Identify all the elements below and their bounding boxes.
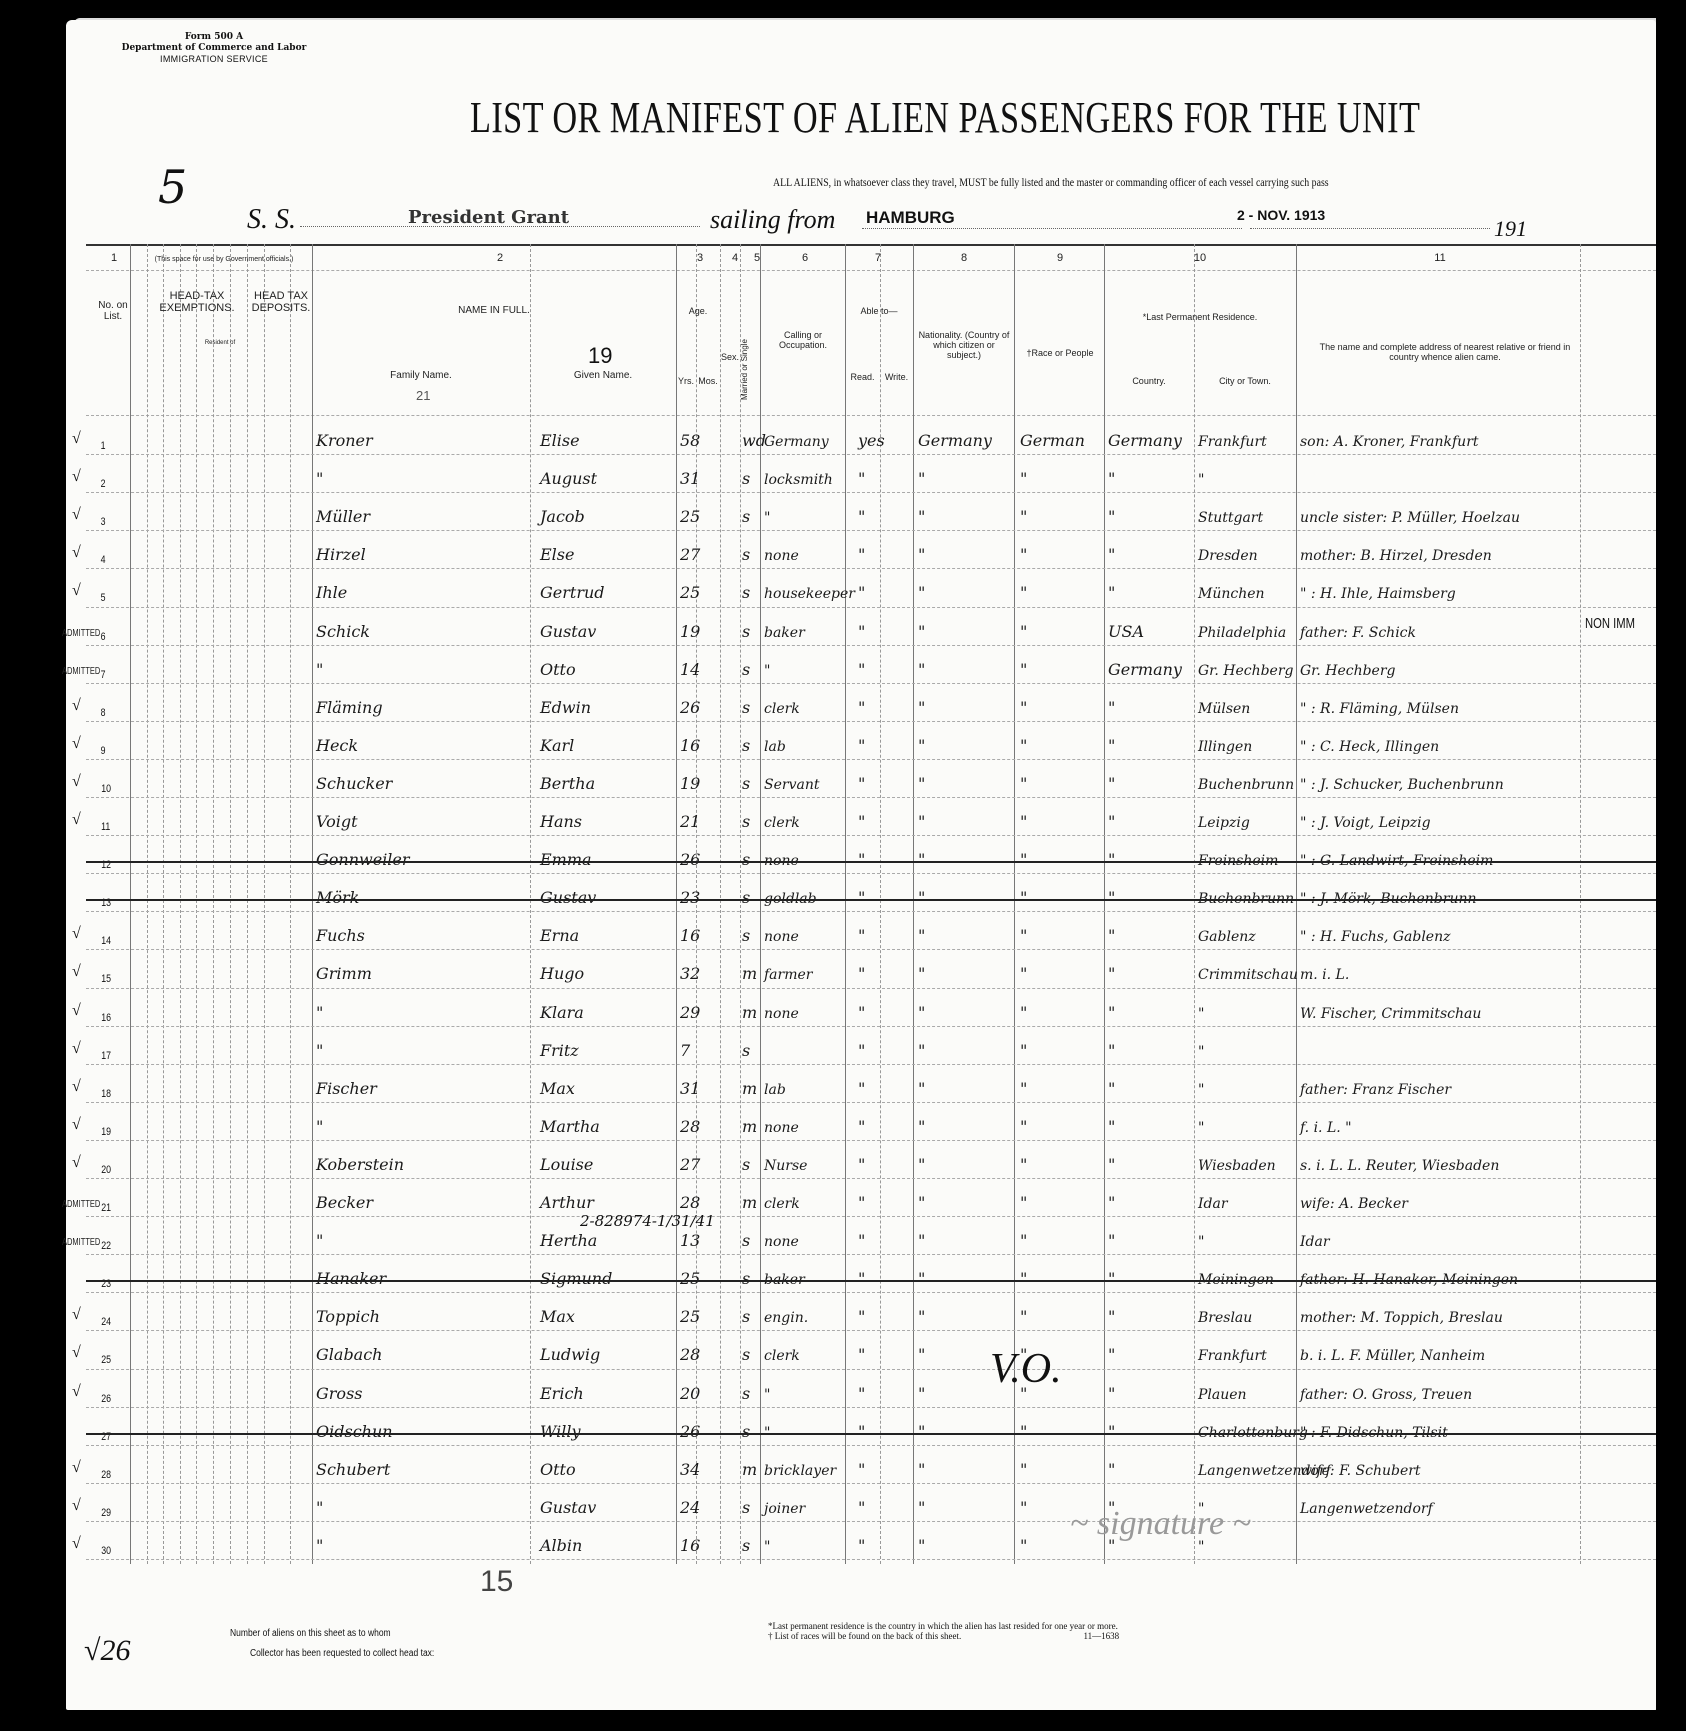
family-name: Fuchs	[316, 926, 365, 945]
row-number: 9	[101, 745, 106, 757]
table-row: 23HanakerSigmund25sbaker""""Meiningenfat…	[86, 1254, 1656, 1292]
nationality: "	[918, 583, 925, 602]
header-write: Write.	[880, 372, 913, 382]
age-years: 16	[680, 926, 700, 945]
occupation: Servant	[764, 777, 819, 793]
occupation: joiner	[764, 1501, 805, 1517]
residence-country: "	[1108, 1422, 1115, 1441]
nearest-relative: f. i. L. "	[1300, 1120, 1352, 1136]
given-name: Jacob	[540, 507, 585, 526]
age-years: 16	[680, 1536, 700, 1555]
given-name: Max	[540, 1307, 575, 1326]
row-number: 13	[101, 897, 111, 909]
admitted-stamp: ADMITTED	[62, 666, 100, 677]
tally-number: 15	[480, 1565, 513, 1599]
table-row: 12GonnweilerEmma26snone""""Freinsheim" :…	[86, 835, 1656, 873]
header-age: Age.	[676, 306, 720, 316]
row-number: 30	[101, 1545, 111, 1557]
nearest-relative: mother: M. Toppich, Breslau	[1300, 1310, 1503, 1326]
occupation: none	[764, 853, 799, 869]
can-read: "	[858, 1345, 865, 1364]
check-mark: √	[72, 773, 81, 791]
residence-country: "	[1108, 812, 1115, 831]
race: "	[1020, 1041, 1027, 1060]
table-row: √5IhleGertrud25shousekeeper""""München" …	[86, 568, 1656, 606]
race: "	[1020, 1193, 1027, 1212]
check-mark: √	[72, 811, 81, 829]
residence-city: Charlottenburg	[1198, 1425, 1308, 1441]
check-mark: √	[72, 1306, 81, 1324]
check-mark: √	[72, 963, 81, 981]
table-row: ADMITTED7"Otto14s""""GermanyGr. Hechberg…	[86, 645, 1656, 683]
residence-country: "	[1108, 736, 1115, 755]
row-number: 28	[101, 1469, 111, 1481]
nearest-relative: wife: F. Schubert	[1300, 1463, 1421, 1479]
residence-country: "	[1108, 1231, 1115, 1250]
race: "	[1020, 507, 1027, 526]
column-number-divider	[86, 270, 1676, 271]
residence-city: Mülsen	[1198, 701, 1250, 717]
row-number: 15	[101, 973, 111, 985]
marital-status: s	[742, 1345, 750, 1364]
occupation: clerk	[764, 701, 800, 717]
row-number: 6	[101, 631, 106, 643]
residence-country: "	[1108, 850, 1115, 869]
occupation: "	[764, 1387, 770, 1403]
nationality: "	[918, 888, 925, 907]
sheet-number: 5	[158, 160, 187, 214]
residence-city: Frankfurt	[1198, 434, 1267, 450]
col-num-6: 6	[795, 252, 815, 264]
given-name: Klara	[540, 1003, 584, 1022]
can-read: "	[858, 1079, 865, 1098]
check-mark: √	[72, 468, 81, 486]
given-name: Elise	[540, 431, 580, 450]
marital-status: s	[742, 812, 750, 831]
marital-status: s	[742, 660, 750, 679]
residence-city: Stuttgart	[1198, 510, 1263, 526]
nationality: "	[918, 660, 925, 679]
marital-status: s	[742, 622, 750, 641]
nationality: "	[918, 1041, 925, 1060]
nearest-relative: father: O. Gross, Treuen	[1300, 1387, 1472, 1403]
gov-note: (This space for use by Government offici…	[134, 256, 314, 263]
race: "	[1020, 964, 1027, 983]
occupation: engin.	[764, 1310, 808, 1326]
marital-status: s	[742, 1422, 750, 1441]
can-read: "	[858, 812, 865, 831]
residence-city: Philadelphia	[1198, 625, 1286, 641]
race: "	[1020, 1422, 1027, 1441]
header-nationality: Nationality. (Country of which citizen o…	[916, 330, 1012, 360]
given-name: Fritz	[540, 1041, 579, 1060]
can-read: "	[858, 1041, 865, 1060]
row-number: 16	[101, 1012, 111, 1024]
family-name: Koberstein	[316, 1155, 404, 1174]
race: "	[1020, 888, 1027, 907]
age-years: 14	[680, 660, 700, 679]
race: "	[1020, 1460, 1027, 1479]
check-mark: √	[72, 1040, 81, 1058]
family-name: "	[316, 1536, 323, 1555]
residence-city: Plauen	[1198, 1387, 1247, 1403]
given-name-count: 19	[588, 343, 612, 369]
residence-city: Dresden	[1198, 548, 1258, 564]
residence-country: "	[1108, 1460, 1115, 1479]
row-number: 21	[101, 1202, 111, 1214]
can-read: "	[858, 888, 865, 907]
table-row: 27OidschunWilly26s"""""Charlottenburg" :…	[86, 1407, 1656, 1445]
occupation: housekeeper	[764, 586, 855, 602]
admitted-stamp: ADMITTED	[62, 628, 100, 639]
given-name: Gustav	[540, 1498, 596, 1517]
nationality: "	[918, 1079, 925, 1098]
occupation: "	[764, 663, 770, 679]
occupation: Germany	[764, 434, 829, 450]
family-name: Hirzel	[316, 545, 366, 564]
family-name: Oidschun	[316, 1422, 393, 1441]
table-row: √10SchuckerBertha19sServant""""Buchenbru…	[86, 759, 1656, 797]
marital-status: s	[742, 583, 750, 602]
table-row: √25GlabachLudwig28sclerk""""Frankfurtb. …	[86, 1330, 1656, 1368]
nearest-relative: " : C. Heck, Illingen	[1300, 739, 1439, 755]
age-years: 24	[680, 1498, 700, 1517]
family-name: Schick	[316, 622, 370, 641]
race: "	[1020, 1079, 1027, 1098]
family-name: Gross	[316, 1384, 362, 1403]
nationality: "	[918, 1307, 925, 1326]
check-mark: √	[72, 1154, 81, 1172]
age-years: 25	[680, 1307, 700, 1326]
check-mark: √	[72, 506, 81, 524]
nationality: "	[918, 1536, 925, 1555]
row-number: 10	[101, 783, 111, 795]
residence-country: "	[1108, 964, 1115, 983]
nearest-relative: m. i. L.	[1300, 967, 1349, 983]
given-name: Albin	[540, 1536, 582, 1555]
col-num-5: 5	[752, 252, 762, 264]
nationality: "	[918, 1498, 925, 1517]
can-read: yes	[858, 431, 885, 450]
residence-city: Leipzig	[1198, 815, 1250, 831]
row-number: 19	[101, 1126, 111, 1138]
row-divider	[86, 1559, 1676, 1560]
occupation: none	[764, 548, 799, 564]
nearest-relative: " : F. Didschun, Tilsit	[1300, 1425, 1448, 1441]
residence-city: München	[1198, 586, 1265, 602]
age-years: 19	[680, 774, 700, 793]
officer-signature: ~ signature ~	[1070, 1505, 1251, 1543]
given-name: Otto	[540, 660, 576, 679]
family-name: Müller	[316, 507, 370, 526]
residence-country: "	[1108, 545, 1115, 564]
race: "	[1020, 583, 1027, 602]
race: "	[1020, 1307, 1027, 1326]
residence-country: "	[1108, 1384, 1115, 1403]
family-name: Glabach	[316, 1345, 382, 1364]
header-married-single: Married or Single	[740, 330, 760, 410]
nationality: "	[918, 926, 925, 945]
family-name: Heck	[316, 736, 358, 755]
table-row: √11VoigtHans21sclerk""""Leipzig" : J. Vo…	[86, 797, 1656, 835]
head-tax-label: Collector has been requested to collect …	[250, 1648, 434, 1659]
nationality: "	[918, 736, 925, 755]
occupation: baker	[764, 1272, 805, 1288]
nearest-relative: " : H. Ihle, Haimsberg	[1300, 586, 1456, 602]
family-name: Mörk	[316, 888, 359, 907]
race: "	[1020, 1003, 1027, 1022]
col-num-9: 9	[1050, 252, 1070, 264]
header-sex: Sex.	[720, 352, 740, 362]
table-row: ADMITTED21BeckerArthur28mclerk""""Idarwi…	[86, 1178, 1656, 1216]
ss-label: S. S.	[247, 204, 296, 236]
non-immigrant-note: NON IMM	[1585, 615, 1635, 632]
age-years: 25	[680, 507, 700, 526]
check-mark: √	[72, 1383, 81, 1401]
given-name: Martha	[540, 1117, 600, 1136]
row-number: 17	[101, 1050, 111, 1062]
race: "	[1020, 1269, 1027, 1288]
row-number: 7	[101, 669, 106, 681]
family-name: "	[316, 1041, 323, 1060]
nationality: "	[918, 469, 925, 488]
race: "	[1020, 850, 1027, 869]
occupation: bricklayer	[764, 1463, 836, 1479]
can-read: "	[858, 1498, 865, 1517]
age-years: 26	[680, 850, 700, 869]
can-read: "	[858, 583, 865, 602]
admitted-stamp: ADMITTED	[62, 1237, 100, 1248]
header-yrs: Yrs.	[676, 376, 696, 386]
header-no-on-list: No. on List.	[96, 300, 130, 322]
record-stamp: 2-828974-1/31/41	[580, 1212, 715, 1230]
can-read: "	[858, 1231, 865, 1250]
check-mark: √	[72, 697, 81, 715]
nationality: "	[918, 1193, 925, 1212]
marital-status: s	[742, 1384, 750, 1403]
nationality: "	[918, 1384, 925, 1403]
family-name: Schubert	[316, 1460, 390, 1479]
row-number: 18	[101, 1088, 111, 1100]
race: "	[1020, 1117, 1027, 1136]
occupation: none	[764, 1234, 799, 1250]
nearest-relative: W. Fischer, Crimmitschau	[1300, 1006, 1481, 1022]
residence-country: "	[1108, 888, 1115, 907]
marital-status: m	[742, 1079, 757, 1098]
table-row: ADMITTED22"Hertha13snone"""""Idar	[86, 1216, 1656, 1254]
family-name: "	[316, 1498, 323, 1517]
age-years: 31	[680, 1079, 700, 1098]
col-num-1: 1	[104, 252, 124, 264]
residence-country: "	[1108, 469, 1115, 488]
age-years: 16	[680, 736, 700, 755]
occupation: farmer	[764, 967, 812, 983]
sailing-from-label: sailing from	[710, 205, 835, 235]
race: "	[1020, 926, 1027, 945]
race: "	[1020, 1155, 1027, 1174]
marital-status: s	[742, 1155, 750, 1174]
header-read: Read.	[845, 372, 880, 382]
occupation: locksmith	[764, 472, 833, 488]
age-years: 27	[680, 1155, 700, 1174]
nationality: "	[918, 1345, 925, 1364]
nearest-relative: uncle sister: P. Müller, Hoelzau	[1300, 510, 1520, 526]
family-name: "	[316, 1231, 323, 1250]
ship-name: President Grant	[408, 207, 569, 228]
age-years: 32	[680, 964, 700, 983]
nationality: "	[918, 507, 925, 526]
table-row: √18FischerMax31mlab"""""father: Franz Fi…	[86, 1064, 1656, 1102]
marital-status: m	[742, 964, 757, 983]
race: "	[1020, 698, 1027, 717]
marital-status: m	[742, 1193, 757, 1212]
row-number: 1	[101, 440, 106, 452]
header-relative: The name and complete address of nearest…	[1310, 342, 1580, 362]
marital-status: s	[742, 926, 750, 945]
family-name: Becker	[316, 1193, 373, 1212]
nationality: Germany	[918, 431, 992, 450]
year-suffix: 191	[1494, 216, 1527, 242]
col-num-2: 2	[480, 252, 520, 264]
row-number: 24	[101, 1316, 111, 1328]
row-number: 26	[101, 1393, 111, 1405]
marital-status: s	[742, 698, 750, 717]
occupation: clerk	[764, 815, 800, 831]
occupation: "	[764, 1539, 770, 1555]
check-mark: √	[72, 544, 81, 562]
page-handwritten-number: √26	[84, 1634, 130, 1668]
marital-status: s	[742, 1536, 750, 1555]
family-name: "	[316, 469, 323, 488]
residence-country: Germany	[1108, 660, 1182, 679]
nationality: "	[918, 1460, 925, 1479]
marital-status: s	[742, 507, 750, 526]
nationality: "	[918, 1422, 925, 1441]
can-read: "	[858, 698, 865, 717]
can-read: "	[858, 926, 865, 945]
residence-country: USA	[1108, 622, 1144, 641]
form-identifier: Form 500 A Department of Commerce and La…	[94, 32, 334, 65]
marital-status: s	[742, 1231, 750, 1250]
header-mos: Mos.	[696, 376, 720, 386]
marital-status: s	[742, 774, 750, 793]
check-mark: √	[72, 925, 81, 943]
race: "	[1020, 1498, 1027, 1517]
col-num-11: 11	[1430, 252, 1450, 264]
col-num-7: 7	[868, 252, 888, 264]
given-name: Emma	[540, 850, 592, 869]
residence-city: "	[1198, 1120, 1204, 1136]
row-number: 29	[101, 1507, 111, 1519]
page-title: LIST OR MANIFEST OF ALIEN PASSENGERS FOR…	[470, 92, 1420, 143]
race: "	[1020, 622, 1027, 641]
race: "	[1020, 1536, 1027, 1555]
age-years: 20	[680, 1384, 700, 1403]
residence-country: "	[1108, 1193, 1115, 1212]
table-row: √17"Fritz7s"""""	[86, 1026, 1656, 1064]
marital-status: m	[742, 1117, 757, 1136]
nearest-relative: father: F. Schick	[1300, 625, 1416, 641]
residence-country: "	[1108, 507, 1115, 526]
can-read: "	[858, 1422, 865, 1441]
row-number: 3	[101, 516, 106, 528]
can-read: "	[858, 736, 865, 755]
family-name: Grimm	[316, 964, 372, 983]
residence-city: Wiesbaden	[1198, 1158, 1276, 1174]
race: "	[1020, 736, 1027, 755]
scan-edge	[1656, 0, 1686, 1731]
family-name: Hanaker	[316, 1269, 386, 1288]
can-read: "	[858, 774, 865, 793]
marital-status: s	[742, 545, 750, 564]
age-years: 25	[680, 583, 700, 602]
row-number: 14	[101, 935, 111, 947]
sailing-date: 2 - NOV. 1913	[1237, 207, 1325, 223]
nearest-relative: Langenwetzendorf	[1300, 1501, 1433, 1517]
table-row: √15GrimmHugo32mfarmer""""Crimmitschaum. …	[86, 949, 1656, 987]
occupation: "	[764, 1425, 770, 1441]
marital-status: s	[742, 1041, 750, 1060]
nationality: "	[918, 774, 925, 793]
occupation: clerk	[764, 1348, 800, 1364]
can-read: "	[858, 1307, 865, 1326]
residence-city: "	[1198, 1006, 1204, 1022]
col-num-10: 10	[1190, 252, 1210, 264]
marital-status: s	[742, 1307, 750, 1326]
table-row: √3MüllerJacob25s"""""Stuttgartuncle sist…	[86, 492, 1656, 530]
marital-status: s	[742, 1269, 750, 1288]
given-name: Max	[540, 1079, 575, 1098]
given-name: Otto	[540, 1460, 576, 1479]
residence-city: Gr. Hechberg	[1198, 663, 1294, 679]
family-name: Gonnweiler	[316, 850, 410, 869]
residence-country: "	[1108, 698, 1115, 717]
age-years: 29	[680, 1003, 700, 1022]
header-head-tax-deposits: HEAD TAX DEPOSITS.	[250, 290, 312, 314]
nationality: "	[918, 622, 925, 641]
aliens-count-label: Number of aliens on this sheet as to who…	[230, 1628, 391, 1639]
department-name: Department of Commerce and Labor	[94, 43, 334, 54]
given-name: Hugo	[540, 964, 584, 983]
family-name-count: 21	[416, 388, 430, 403]
row-number: 5	[101, 592, 106, 604]
nearest-relative: b. i. L. F. Müller, Nanheim	[1300, 1348, 1485, 1364]
marital-status: m	[742, 1003, 757, 1022]
header-head-tax-exemptions: HEAD-TAX EXEMPTIONS.	[134, 290, 260, 314]
age-years: 7	[680, 1041, 690, 1060]
footnotes: *Last permanent residence is the country…	[768, 1621, 1119, 1641]
age-years: 28	[680, 1193, 700, 1212]
nationality: "	[918, 545, 925, 564]
residence-city: Frankfurt	[1198, 1348, 1267, 1364]
residence-country: "	[1108, 1269, 1115, 1288]
age-years: 23	[680, 888, 700, 907]
marital-status: wd	[742, 431, 766, 450]
header-name-in-full: NAME IN FULL.	[312, 305, 676, 316]
occupation: none	[764, 1120, 799, 1136]
given-name: Erna	[540, 926, 579, 945]
given-name: Arthur	[540, 1193, 594, 1212]
check-mark: √	[72, 735, 81, 753]
nearest-relative: " : R. Fläming, Mülsen	[1300, 701, 1459, 717]
occupation: "	[764, 510, 770, 526]
table-top-border	[86, 244, 1676, 246]
can-read: "	[858, 1460, 865, 1479]
residence-country: "	[1108, 1345, 1115, 1364]
check-mark: √	[72, 1497, 81, 1515]
can-read: "	[858, 507, 865, 526]
header-city: City or Town.	[1194, 376, 1296, 386]
